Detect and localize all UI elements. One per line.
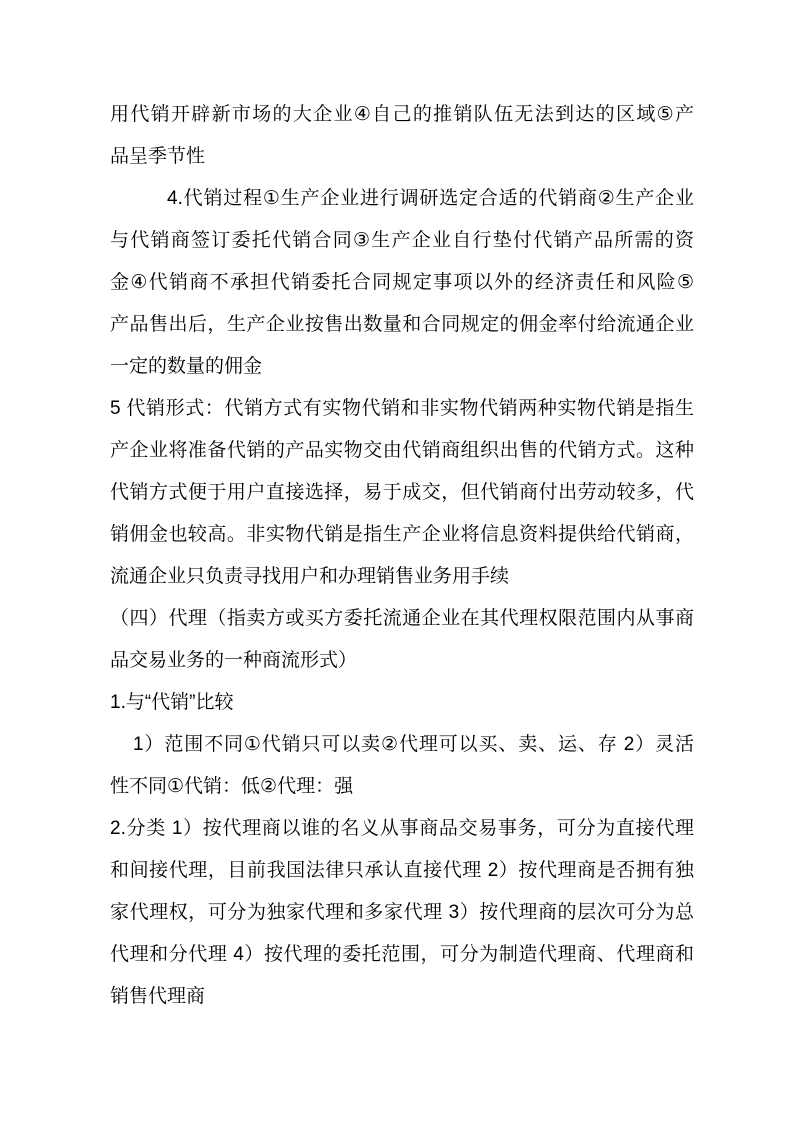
text-line: 5 代销形式：代销方式有实物代销和非实物代销两种实物代销是指生 xyxy=(110,388,694,430)
text-line: 性不同①代销：低②代理：强 xyxy=(110,766,694,808)
document-text: 用代销开辟新市场的大企业④自己的推销队伍无法到达的区域⑤产品呈季节性4.代销过程… xyxy=(110,94,694,1018)
paragraph-consignment-suitable-cases: 用代销开辟新市场的大企业④自己的推销队伍无法到达的区域⑤产品呈季节性 xyxy=(110,94,694,178)
text-line: 销佣金也较高。非实物代销是指生产企业将信息资料提供给代销商， xyxy=(110,514,694,556)
text-line: 1）范围不同①代销只可以卖②代理可以买、卖、运、存 2）灵活 xyxy=(110,724,694,766)
paragraph-agency-classification: 2.分类 1）按代理商以谁的名义从事商品交易事务，可分为直接代理和间接代理，目前… xyxy=(110,808,694,1018)
text-line: 流通企业只负责寻找用户和办理销售业务用手续 xyxy=(110,556,694,598)
text-line: 代理和分代理 4）按代理的委托范围，可分为制造代理商、代理商和 xyxy=(110,934,694,976)
text-line: （四）代理（指卖方或买方委托流通企业在其代理权限范围内从事商 xyxy=(110,598,694,640)
paragraph-consignment-forms: 5 代销形式：代销方式有实物代销和非实物代销两种实物代销是指生产企业将准备代销的… xyxy=(110,388,694,598)
text-line: 家代理权，可分为独家代理和多家代理 3）按代理商的层次可分为总 xyxy=(110,892,694,934)
text-line: 用代销开辟新市场的大企业④自己的推销队伍无法到达的区域⑤产 xyxy=(110,94,694,136)
text-line: 与代销商签订委托代销合同③生产企业自行垫付代销产品所需的资 xyxy=(110,220,694,262)
text-line: 金④代销商不承担代销委托合同规定事项以外的经济责任和风险⑤ xyxy=(110,262,694,304)
text-line: 销售代理商 xyxy=(110,976,694,1018)
text-line: 1.与“代销”比较 xyxy=(110,682,694,724)
paragraph-agency-definition: （四）代理（指卖方或买方委托流通企业在其代理权限范围内从事商品交易业务的一种商流… xyxy=(110,598,694,682)
text-line: 一定的数量的佣金 xyxy=(110,346,694,388)
text-line: 产企业将准备代销的产品实物交由代销商组织出售的代销方式。这种 xyxy=(110,430,694,472)
text-line: 品交易业务的一种商流形式） xyxy=(110,640,694,682)
document-page: 用代销开辟新市场的大企业④自己的推销队伍无法到达的区域⑤产品呈季节性4.代销过程… xyxy=(0,0,793,1122)
text-line: 产品售出后，生产企业按售出数量和合同规定的佣金率付给流通企业 xyxy=(110,304,694,346)
text-line: 4.代销过程①生产企业进行调研选定合适的代销商②生产企业 xyxy=(110,178,694,220)
text-line: 2.分类 1）按代理商以谁的名义从事商品交易事务，可分为直接代理 xyxy=(110,808,694,850)
paragraph-agency-vs-consignment-points: 1）范围不同①代销只可以卖②代理可以买、卖、运、存 2）灵活性不同①代销：低②代… xyxy=(110,724,694,808)
text-line: 代销方式便于用户直接选择，易于成交，但代销商付出劳动较多，代 xyxy=(110,472,694,514)
paragraph-agency-vs-consignment-heading: 1.与“代销”比较 xyxy=(110,682,694,724)
text-line: 和间接代理，目前我国法律只承认直接代理 2）按代理商是否拥有独 xyxy=(110,850,694,892)
paragraph-consignment-process: 4.代销过程①生产企业进行调研选定合适的代销商②生产企业与代销商签订委托代销合同… xyxy=(110,178,694,388)
text-line: 品呈季节性 xyxy=(110,136,694,178)
